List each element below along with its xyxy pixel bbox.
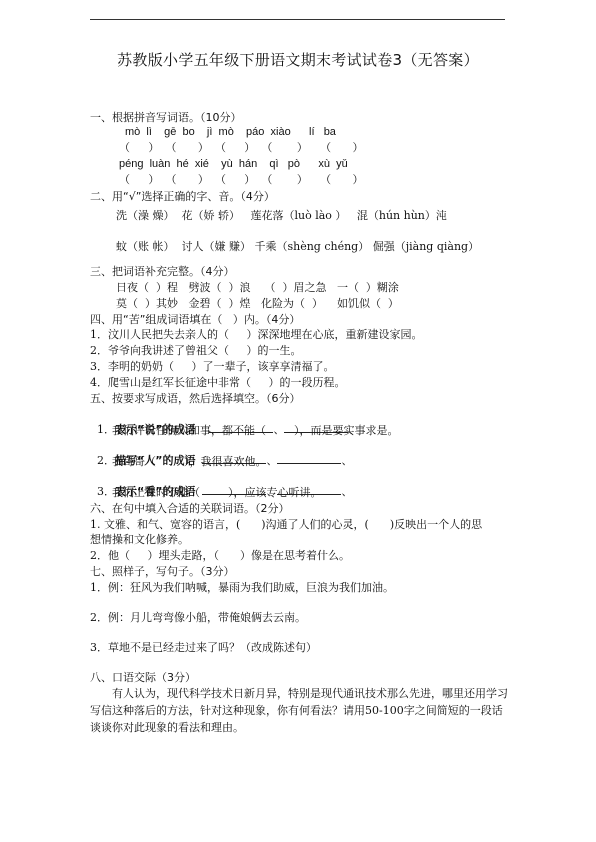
document-title: 苏教版小学五年级下册语文期末考试试卷3（无答案）	[0, 49, 596, 70]
section-4-item-4: 4．爬雪山是红军长征途中非常（ ）的一段历程。	[90, 376, 345, 390]
header-rule	[90, 19, 505, 20]
pinyin-row-2: péng luàn hé xié yù hán qì pò xù yǔ	[119, 157, 348, 171]
section-2-row-2: 蚊（账 帐） 讨人（嫌 赚） 千乘（shèng chéng） 倔强（jiàng …	[116, 240, 479, 254]
section-6-heading: 六、在句中填入合适的关联词语。（2分）	[90, 502, 290, 516]
section-8-paragraph: 有人认为，现代科学技术日新月异，特别是现代通讯技术那么先进，哪里还用学习写信这种…	[90, 685, 508, 736]
section-4-item-3: 3．李明的奶奶（ ）了一辈子，该享享清福了。	[90, 360, 334, 374]
section-6-item-1-line-2: 想情操和文化修养。	[90, 533, 189, 547]
section-5-sentence-2: 我哥哥（ ），我很喜欢他。	[112, 455, 266, 469]
section-5-sentence-3: 我们上课时不能（ ），应该专心听讲。	[112, 486, 321, 500]
section-7-heading: 七、照样子，写句子。（3分）	[90, 565, 235, 579]
idiom-blank[interactable]	[277, 453, 341, 464]
section-7-item-1: 1．例：狂风为我们呐喊，暴雨为我们助威，巨浪为我们加油。	[90, 581, 394, 595]
separator: 、	[341, 454, 352, 467]
pinyin-row-1: mò lì gē bo jì mò páo xiào lí ba	[125, 125, 336, 139]
section-7-item-3: 3．草地不是已经走过来了吗？（改成陈述句）	[90, 641, 317, 655]
section-7-item-2: 2．例：月儿弯弯像小船，带俺娘俩去云南。	[90, 611, 306, 625]
section-6-item-1-line-1: 1. 文雅、和气、宽容的语言，( )沟通了人们的心灵，( )反映出一个人的思	[90, 518, 482, 532]
section-2-heading: 二、用“√”选择正确的字、音。（4分）	[90, 190, 275, 204]
section-4-item-2: 2．爷爷向我讲述了曾祖父（ ）的一生。	[90, 344, 301, 358]
section-8-heading: 八、口语交际（3分）	[90, 671, 196, 685]
answer-blanks-row-1: （ ） （ ） （ ） （ ） （ ）	[119, 141, 363, 155]
section-1-heading: 一、根据拼音写词语。（10分）	[90, 111, 242, 125]
section-4-heading: 四、用“苦”组成词语填在（ ）内。（4分）	[90, 313, 300, 327]
answer-blanks-row-2: （ ） （ ） （ ） （ ） （ ）	[119, 173, 363, 187]
section-3-row-1: 日夜（ ）程 劈波（ ）浪 （ ）眉之急 一（ ）糊涂	[116, 281, 399, 295]
section-2-row-1: 洗（澡 燥） 花（娇 轿） 莲花落（luò lào ） 混（hún hùn）沌	[116, 209, 447, 223]
section-6-item-2: 2．他（ ）埋头走路，（ ）像是在思考着什么。	[90, 549, 350, 563]
section-3-heading: 三、把词语补充完整。（4分）	[90, 265, 235, 279]
section-4-item-1: 1．汶川人民把失去亲人的（ ）深深地埋在心底，重新建设家园。	[90, 328, 422, 342]
section-5-sentence-1: 我们评价任何人和事，都不能（ ），而是要实事求是。	[112, 424, 398, 438]
separator: 、	[266, 454, 277, 467]
separator: 、	[341, 485, 352, 498]
section-5-heading: 五、按要求写成语，然后选择填空。（6分）	[90, 392, 301, 406]
section-3-row-2: 莫（ ）其妙 金碧（ ）煌 化险为（ ） 如饥似（ ）	[116, 297, 399, 311]
